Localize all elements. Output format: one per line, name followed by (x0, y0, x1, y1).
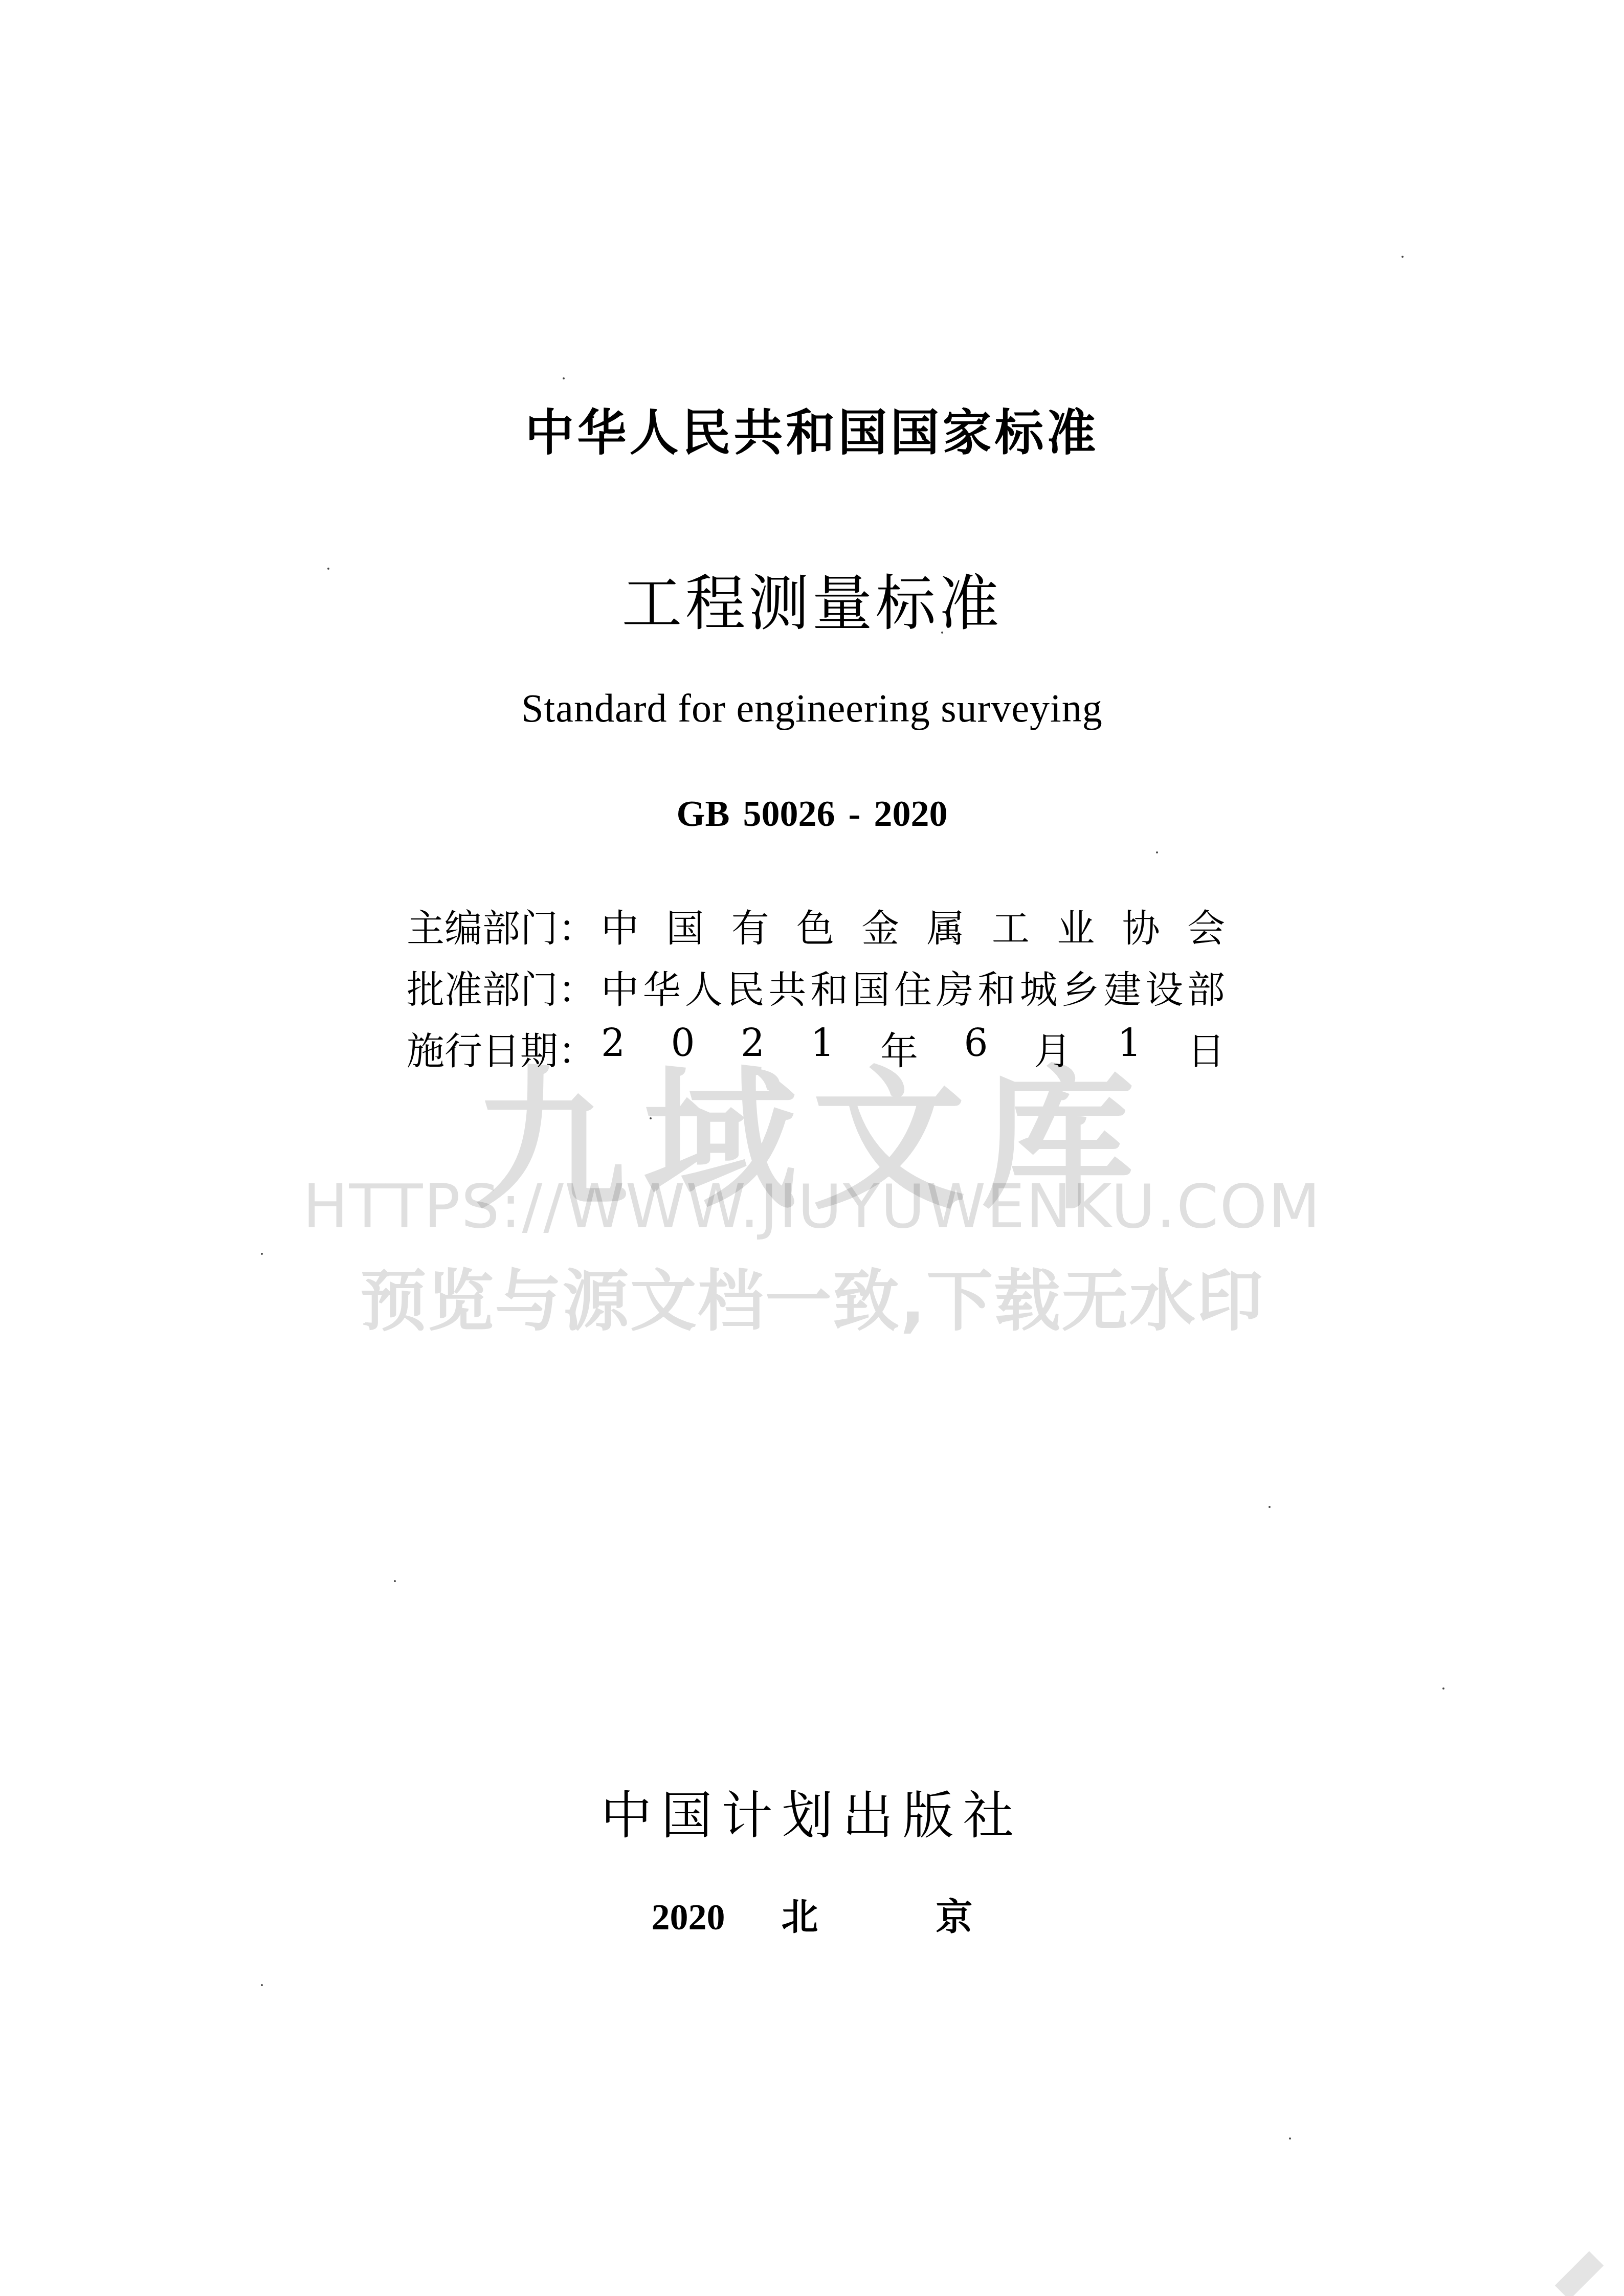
char: 共 (768, 960, 806, 1014)
char: 建 (1103, 960, 1141, 1014)
publish-year-place: 2020北京 (0, 1887, 1624, 1940)
scan-speck (1289, 2137, 1291, 2140)
document-title-cn: 工程测量标准 (0, 555, 1624, 642)
info-label-editor: 主编部门： (407, 898, 601, 953)
scan-speck (1156, 851, 1158, 853)
char: 2 (601, 1021, 625, 1075)
char: 协 (1122, 898, 1160, 953)
info-value-effective-date: 2 0 2 1 年 6 月 1 日 (601, 1021, 1225, 1075)
scan-speck (563, 377, 565, 379)
scan-speck (261, 1984, 263, 1986)
char: 业 (1057, 898, 1095, 953)
char: 华 (643, 960, 681, 1014)
publisher-name: 中国计划出版社 (0, 1774, 1624, 1848)
scan-speck (941, 632, 943, 634)
publish-city-1: 北 (781, 1887, 818, 1940)
char: 1 (811, 1021, 835, 1075)
char: 6 (964, 1021, 988, 1075)
info-block: 主编部门： 中 国 有 色 金 属 工 业 协 会 批准部门： 中 华 人 民 … (407, 895, 1225, 1079)
watermark-url: HTTPS://WWW.JIUYUWENKU.COM (0, 1171, 1624, 1242)
char: 乡 (1061, 960, 1099, 1014)
char: 城 (1019, 960, 1057, 1014)
char: 和 (810, 960, 848, 1014)
info-value-approver: 中 华 人 民 共 和 国 住 房 和 城 乡 建 设 部 (601, 960, 1225, 1014)
char: 日 (1187, 1021, 1225, 1075)
char: 2 (741, 1021, 765, 1075)
char: 住 (894, 960, 932, 1014)
char: 和 (978, 960, 1016, 1014)
national-standard-header: 中华人民共和国国家标准 (0, 394, 1624, 464)
info-row-editor: 主编部门： 中 国 有 色 金 属 工 业 协 会 (407, 895, 1225, 956)
document-title-en: Standard for engineering surveying (0, 685, 1624, 731)
char: 设 (1145, 960, 1183, 1014)
char: 中 (601, 960, 639, 1014)
info-value-editor: 中 国 有 色 金 属 工 业 协 会 (601, 898, 1225, 953)
char: 年 (880, 1021, 918, 1075)
info-label-effective-date: 施行日期： (407, 1021, 601, 1075)
scan-speck (394, 1580, 396, 1582)
char: 属 (927, 898, 965, 953)
standard-code: GB 50026 - 2020 (0, 793, 1624, 835)
char: 月 (1034, 1021, 1072, 1075)
char: 色 (796, 898, 834, 953)
char: 房 (936, 960, 974, 1014)
publish-year: 2020 (651, 1896, 725, 1939)
scan-speck (1269, 1506, 1271, 1508)
char: 0 (671, 1021, 695, 1075)
char: 金 (861, 898, 899, 953)
char: 人 (685, 960, 723, 1014)
char: 有 (731, 898, 769, 953)
char: 部 (1187, 960, 1225, 1014)
scan-speck (261, 1253, 263, 1255)
char: 1 (1117, 1021, 1141, 1075)
char: 工 (992, 898, 1030, 953)
info-label-approver: 批准部门： (407, 960, 601, 1014)
corner-fold-mark (1555, 2251, 1604, 2296)
scan-speck (1401, 256, 1404, 258)
char: 中 (601, 898, 639, 953)
char: 国 (852, 960, 890, 1014)
scan-speck (327, 568, 329, 570)
scan-speck (650, 1117, 652, 1119)
char: 会 (1187, 898, 1225, 953)
info-row-effective-date: 施行日期： 2 0 2 1 年 6 月 1 日 (407, 1018, 1225, 1079)
watermark-note: 预览与源文档一致,下载无水印 (0, 1248, 1624, 1343)
scan-speck (1442, 1687, 1444, 1690)
publish-city-2: 京 (936, 1887, 973, 1940)
char: 国 (666, 898, 704, 953)
info-row-approver: 批准部门： 中 华 人 民 共 和 国 住 房 和 城 乡 建 设 部 (407, 956, 1225, 1018)
char: 民 (727, 960, 765, 1014)
